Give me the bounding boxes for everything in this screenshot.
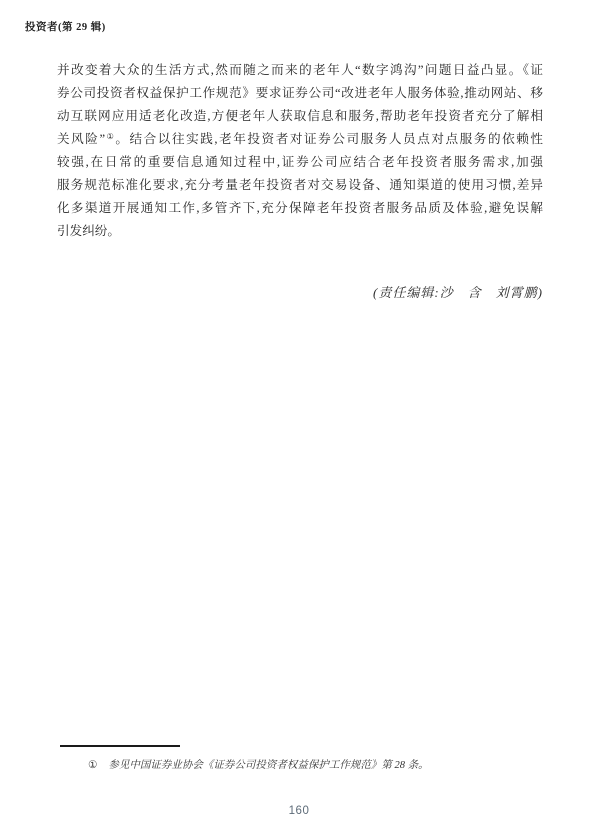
body-line: 券公司投资者权益保护工作规范》要求证券公司“改进老年人服务体验,推动网站、移 bbox=[57, 82, 543, 105]
body-line: 较强,在日常的重要信息通知过程中,证券公司应结合老年投资者服务需求,加强 bbox=[57, 151, 543, 174]
body-line: 关风险”①。结合以往实践,老年投资者对证券公司服务人员点对点服务的依赖性 bbox=[57, 128, 543, 151]
body-line: 引发纠纷。 bbox=[57, 220, 543, 243]
body-line: 服务规范标准化要求,充分考量老年投资者对交易设备、通知渠道的使用习惯,差异 bbox=[57, 174, 543, 197]
body-line4-pre: 关风险” bbox=[57, 132, 105, 146]
footnote: ①参见中国证券业协会《证券公司投资者权益保护工作规范》第 28 条。 bbox=[88, 757, 558, 772]
body-line: 化多渠道开展通知工作,多管齐下,充分保障老年投资者服务品质及体验,避免误解 bbox=[57, 197, 543, 220]
footnote-separator bbox=[60, 745, 180, 747]
editor-credit: (责任编辑:沙 含 刘霄鹏) bbox=[57, 282, 543, 301]
body-line4-post: 。结合以往实践,老年投资者对证券公司服务人员点对点服务的依赖性 bbox=[115, 132, 543, 146]
running-header: 投资者(第 29 辑) bbox=[25, 19, 106, 34]
page-number: 160 bbox=[0, 805, 598, 817]
footnote-text: 参见中国证券业协会《证券公司投资者权益保护工作规范》第 28 条。 bbox=[108, 760, 428, 771]
body-paragraph: 并改变着大众的生活方式,然而随之而来的老年人“数字鸿沟”问题日益凸显。《证 券公… bbox=[57, 59, 543, 243]
footnote-reference: ① bbox=[105, 132, 115, 141]
footnote-marker: ① bbox=[88, 760, 97, 771]
body-line: 并改变着大众的生活方式,然而随之而来的老年人“数字鸿沟”问题日益凸显。《证 bbox=[57, 59, 543, 82]
body-line: 动互联网应用适老化改造,方便老年人获取信息和服务,帮助老年投资者充分了解相 bbox=[57, 105, 543, 128]
document-page: 投资者(第 29 辑) 并改变着大众的生活方式,然而随之而来的老年人“数字鸿沟”… bbox=[0, 0, 598, 839]
